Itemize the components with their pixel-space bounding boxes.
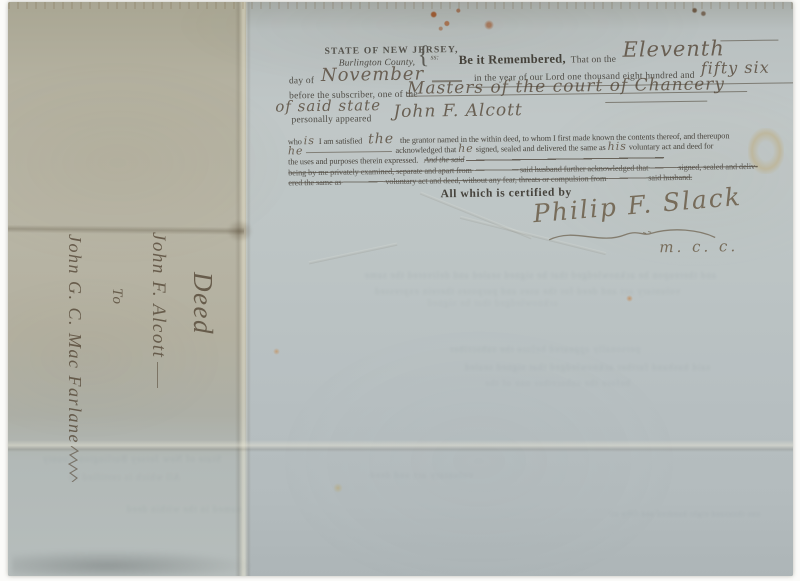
ghost-text-line: voluntary act and deed for the uses and … (300, 286, 680, 296)
struck-text: And the said (424, 155, 464, 165)
ss-abbreviation: ss: (431, 52, 439, 61)
paper-sheet: and thereupon he acknowledged that he si… (8, 2, 793, 576)
printed-text: acknowledged that (395, 145, 456, 155)
printed-text: the uses and purposes therein expressed. (288, 156, 418, 167)
that-on-the: That on the (571, 55, 617, 66)
ghost-text-line: All which is certified by (30, 472, 180, 482)
handwritten-he: he (288, 144, 304, 157)
day-of-label: day of (289, 76, 314, 86)
struck-text: voluntary act and deed, without any fear… (385, 173, 606, 185)
handwritten-appeared-name: John F. Alcott (393, 100, 523, 122)
docket-party-from-name: John F. Alcott (148, 232, 169, 358)
blank-rule (720, 40, 778, 42)
blank-rule (605, 101, 707, 103)
docket-flourish-icon (67, 446, 81, 482)
struck-text: said husband further acknowledged that (520, 163, 649, 174)
pen-dash (306, 151, 392, 153)
struck-blank (608, 175, 646, 183)
fold-smudge (227, 220, 253, 242)
ghost-text-line: one thousand eight hundred and fifty six (610, 510, 760, 518)
printed-text: signed, sealed and delivered the same as (476, 143, 606, 154)
acknowledgment-form: STATE OF NEW JERSEY, Burlington County, … (268, 36, 793, 273)
docket-to-label: To (98, 230, 136, 435)
struck-text: signed, sealed and deliv- (678, 161, 758, 171)
top-edge-specks (8, 2, 793, 9)
struck-blank (343, 178, 383, 186)
ghost-text-line: before the subscriber one of the (300, 378, 630, 388)
ghost-text-line: acknowledged that he signed (308, 298, 558, 308)
ghost-text-line: personally appeared before the subscribe… (300, 344, 640, 354)
docket-block: Deed John F. Alcott To John G. C. Mac Fa… (25, 230, 230, 435)
docket-dash (157, 362, 158, 388)
be-it-remembered: Be it Remembered, (459, 52, 566, 68)
docket-party-from: John F. Alcott (136, 230, 180, 435)
document-photo: and thereupon he acknowledged that he si… (0, 0, 800, 581)
struck-blank (474, 166, 518, 174)
struck-blank (466, 154, 664, 164)
signature-title: m. c. c. (659, 237, 738, 256)
handwritten-his: his (608, 140, 627, 153)
docket-party-to-name: John G. C. Mac Farlane (65, 234, 85, 444)
handwritten-he: he (458, 142, 474, 155)
personally-appeared-label: personally appeared (291, 114, 371, 125)
struck-text: ered the same as (288, 177, 341, 187)
handwritten-of-said-state: of said state (275, 96, 381, 115)
vertical-fold-crease (235, 2, 251, 576)
docket-party-to: John G. C. Mac Farlane (52, 230, 98, 435)
bottom-dirt-band (12, 550, 250, 576)
docket-title: Deed (180, 230, 230, 435)
struck-blank (650, 164, 676, 171)
horizontal-fold-crease (8, 440, 793, 452)
ghost-text-line: State of New Jersey Burlington County (36, 454, 221, 464)
struck-text: said husband. (648, 172, 692, 182)
printed-text: voluntary act and deed for (629, 141, 714, 151)
ghost-text-line: named in the within deed (96, 504, 241, 514)
ghost-text-line: voluntary act and deed (253, 470, 473, 480)
ghost-text-line: said husband further acknowledged that s… (290, 362, 710, 372)
